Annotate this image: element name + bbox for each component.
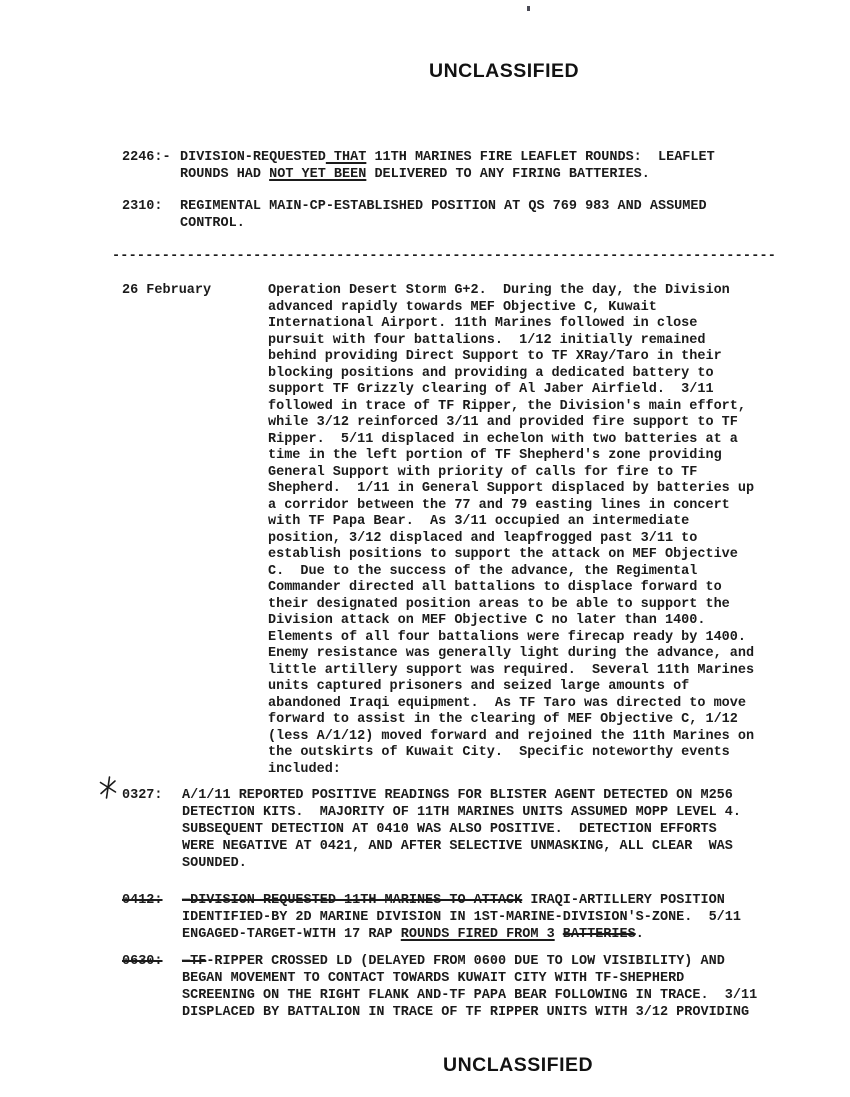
text-segment: SCREENING ON THE RIGHT FLANK AND-TF PAPA… — [182, 988, 757, 1003]
text-segment: DISPLACED BY BATTALION IN TRACE OF TF RI… — [182, 1005, 749, 1020]
classification-banner-bottom: UNCLASSIFIED — [443, 1054, 593, 1077]
text-line: blocking positions and providing a dedic… — [268, 366, 754, 383]
text-segment: CONTROL. — [180, 216, 245, 231]
text-line: CONTROL. — [180, 215, 707, 232]
log-entry: 2246:-DIVISION-REQUESTED THAT 11TH MARIN… — [122, 149, 715, 183]
text-segment: the outskirts of Kuwait City. Specific n… — [268, 745, 730, 760]
text-segment: with TF Papa Bear. As 3/11 occupied an i… — [268, 514, 689, 529]
text-segment: IDENTIFIED-BY 2D MARINE DIVISION IN 1ST-… — [182, 910, 741, 925]
text-segment: ENGAGED-TARGET-WITH 17 RAP — [182, 927, 401, 942]
text-line: followed in trace of TF Ripper, the Divi… — [268, 399, 754, 416]
text-line: time in the left portion of TF Shepherd'… — [268, 448, 754, 465]
text-segment: (less A/1/12) moved forward and rejoined… — [268, 729, 754, 744]
narrative-body: Operation Desert Storm G+2. During the d… — [268, 283, 754, 778]
text-segment: Enemy resistance was generally light dur… — [268, 646, 754, 661]
text-line: included: — [268, 762, 754, 779]
text-line: Division attack on MEF Objective C no la… — [268, 613, 754, 630]
text-segment: REGIMENTAL MAIN-CP-ESTABLISHED POSITION … — [180, 199, 707, 214]
text-line: the outskirts of Kuwait City. Specific n… — [268, 745, 754, 762]
text-line: ROUNDS HAD NOT YET BEEN DELIVERED TO ANY… — [180, 166, 715, 183]
text-segment: Division attack on MEF Objective C no la… — [268, 613, 705, 628]
text-line: a corridor between the 77 and 79 easting… — [268, 498, 754, 515]
text-segment: 11TH MARINES FIRE LEAFLET ROUNDS: LEAFLE… — [366, 150, 714, 165]
text-line: SOUNDED. — [182, 855, 741, 872]
text-line: SCREENING ON THE RIGHT FLANK AND-TF PAPA… — [182, 987, 757, 1004]
text-line: with TF Papa Bear. As 3/11 occupied an i… — [268, 514, 754, 531]
entry-body: REGIMENTAL MAIN-CP-ESTABLISHED POSITION … — [180, 198, 707, 232]
text-segment: blocking positions and providing a dedic… — [268, 366, 714, 381]
text-line: —TF-RIPPER CROSSED LD (DELAYED FROM 0600… — [182, 953, 757, 970]
text-segment: . — [636, 927, 644, 942]
text-line: DISPLACED BY BATTALION IN TRACE OF TF RI… — [182, 1004, 757, 1021]
text-line: Commander directed all battalions to dis… — [268, 580, 754, 597]
text-line: DETECTION KITS. MAJORITY OF 11TH MARINES… — [182, 804, 741, 821]
classification-banner-top: UNCLASSIFIED — [429, 60, 579, 83]
text-line: forward to assist in the clearing of MEF… — [268, 712, 754, 729]
text-segment: Elements of all four battalions were fir… — [268, 630, 746, 645]
entry-body: —DIVISION REQUESTED 11TH MARINES TO ATTA… — [182, 892, 741, 943]
text-segment: included: — [268, 762, 341, 777]
text-segment: while 3/12 reinforced 3/11 and provided … — [268, 415, 738, 430]
text-line: support TF Grizzly clearing of Al Jaber … — [268, 382, 754, 399]
text-line: WERE NEGATIVE AT 0421, AND AFTER SELECTI… — [182, 838, 741, 855]
scan-artifact-speck — [527, 6, 530, 11]
text-line: Ripper. 5/11 displaced in echelon with t… — [268, 432, 754, 449]
text-segment: time in the left portion of TF Shepherd'… — [268, 448, 722, 463]
text-line: position, 3/12 displaced and leapfrogged… — [268, 531, 754, 548]
text-line: abandoned Iraqi equipment. As TF Taro wa… — [268, 696, 754, 713]
text-segment: forward to assist in the clearing of MEF… — [268, 712, 738, 727]
struck-text: BATTERIES — [563, 927, 636, 942]
log-entry: 0327:A/1/11 REPORTED POSITIVE READINGS F… — [122, 787, 757, 872]
text-segment: abandoned Iraqi equipment. As TF Taro wa… — [268, 696, 746, 711]
text-line: pursuit with four battalions. 1/12 initi… — [268, 333, 754, 350]
entry-timestamp: 0327: — [122, 787, 182, 872]
text-line: DIVISION-REQUESTED THAT 11TH MARINES FIR… — [180, 149, 715, 166]
text-line: establish positions to support the attac… — [268, 547, 754, 564]
text-line: General Support with priority of calls f… — [268, 465, 754, 482]
text-line: behind providing Direct Support to TF XR… — [268, 349, 754, 366]
text-segment: position, 3/12 displaced and leapfrogged… — [268, 531, 697, 546]
text-segment: DELIVERED TO ANY FIRING BATTERIES. — [366, 167, 650, 182]
text-line: units captured prisoners and seized larg… — [268, 679, 754, 696]
text-line: Elements of all four battalions were fir… — [268, 630, 754, 647]
narrative-section: 26 February Operation Desert Storm G+2. … — [122, 283, 754, 778]
entry-body: A/1/11 REPORTED POSITIVE READINGS FOR BL… — [182, 787, 741, 872]
text-line: SUBSEQUENT DETECTION AT 0410 WAS ALSO PO… — [182, 821, 741, 838]
entry-timestamp: 0412: — [122, 892, 182, 943]
text-segment: Shepherd. 1/11 in General Support displa… — [268, 481, 754, 496]
underlined-text: THAT — [326, 150, 367, 165]
text-segment: a corridor between the 77 and 79 easting… — [268, 498, 730, 513]
text-line: their designated position areas to be ab… — [268, 597, 754, 614]
entry-timestamp: 2246:- — [122, 149, 180, 183]
text-line: International Airport. 11th Marines foll… — [268, 316, 754, 333]
text-segment: International Airport. 11th Marines foll… — [268, 316, 697, 331]
text-segment: advanced rapidly towards MEF Objective C… — [268, 300, 657, 315]
text-segment: ROUNDS HAD — [180, 167, 269, 182]
text-segment: their designated position areas to be ab… — [268, 597, 730, 612]
text-line: advanced rapidly towards MEF Objective C… — [268, 300, 754, 317]
text-line: (less A/1/12) moved forward and rejoined… — [268, 729, 754, 746]
struck-text: —TF — [182, 954, 206, 969]
text-segment: Ripper. 5/11 displaced in echelon with t… — [268, 432, 738, 447]
text-line: IDENTIFIED-BY 2D MARINE DIVISION IN 1ST-… — [182, 909, 741, 926]
text-segment: C. Due to the success of the advance, th… — [268, 564, 697, 579]
dashed-divider: ----------------------------------------… — [112, 249, 776, 264]
struck-text: —DIVISION REQUESTED 11TH MARINES TO ATTA… — [182, 893, 522, 908]
log-entries-top: 2246:-DIVISION-REQUESTED THAT 11TH MARIN… — [122, 149, 715, 247]
text-segment — [555, 927, 563, 942]
text-segment: behind providing Direct Support to TF XR… — [268, 349, 722, 364]
text-segment: General Support with priority of calls f… — [268, 465, 697, 480]
text-segment: support TF Grizzly clearing of Al Jaber … — [268, 382, 714, 397]
text-segment: SOUNDED. — [182, 856, 247, 871]
text-segment: IRAQI-ARTILLERY POSITION — [522, 893, 725, 908]
text-segment: SUBSEQUENT DETECTION AT 0410 WAS ALSO PO… — [182, 822, 717, 837]
entry-body: DIVISION-REQUESTED THAT 11TH MARINES FIR… — [180, 149, 715, 183]
text-segment: DIVISION-REQUESTED — [180, 150, 326, 165]
scanned-document-page: UNCLASSIFIED 2246:-DIVISION-REQUESTED TH… — [0, 0, 850, 1097]
text-line: ENGAGED-TARGET-WITH 17 RAP ROUNDS FIRED … — [182, 926, 741, 943]
underlined-text: ROUNDS FIRED FROM 3 — [401, 927, 555, 942]
handwritten-asterisk-icon — [98, 776, 118, 805]
text-line: REGIMENTAL MAIN-CP-ESTABLISHED POSITION … — [180, 198, 707, 215]
text-line: little artillery support was required. S… — [268, 663, 754, 680]
text-segment: -RIPPER CROSSED LD (DELAYED FROM 0600 DU… — [206, 954, 724, 969]
text-line: C. Due to the success of the advance, th… — [268, 564, 754, 581]
text-line: BEGAN MOVEMENT TO CONTACT TOWARDS KUWAIT… — [182, 970, 757, 987]
text-segment: units captured prisoners and seized larg… — [268, 679, 689, 694]
text-segment: followed in trace of TF Ripper, the Divi… — [268, 399, 746, 414]
text-line: while 3/12 reinforced 3/11 and provided … — [268, 415, 754, 432]
entry-timestamp: 0630: — [122, 953, 182, 1021]
narrative-date-label: 26 February — [122, 283, 268, 778]
underlined-text: NOT YET BEEN — [269, 167, 366, 182]
log-entry: 2310:REGIMENTAL MAIN-CP-ESTABLISHED POSI… — [122, 198, 715, 232]
log-entries-events: 0327:A/1/11 REPORTED POSITIVE READINGS F… — [122, 787, 757, 1021]
text-line: Enemy resistance was generally light dur… — [268, 646, 754, 663]
text-line: A/1/11 REPORTED POSITIVE READINGS FOR BL… — [182, 787, 741, 804]
entry-body: —TF-RIPPER CROSSED LD (DELAYED FROM 0600… — [182, 953, 757, 1021]
text-segment: DETECTION KITS. MAJORITY OF 11TH MARINES… — [182, 805, 741, 820]
text-line: Shepherd. 1/11 in General Support displa… — [268, 481, 754, 498]
text-segment: A/1/11 REPORTED POSITIVE READINGS FOR BL… — [182, 788, 733, 803]
log-entry: 0412:—DIVISION REQUESTED 11TH MARINES TO… — [122, 892, 757, 943]
text-segment: WERE NEGATIVE AT 0421, AND AFTER SELECTI… — [182, 839, 733, 854]
text-segment: Operation Desert Storm G+2. During the d… — [268, 283, 730, 298]
text-segment: BEGAN MOVEMENT TO CONTACT TOWARDS KUWAIT… — [182, 971, 684, 986]
log-entry: 0630:—TF-RIPPER CROSSED LD (DELAYED FROM… — [122, 953, 757, 1021]
text-line: —DIVISION REQUESTED 11TH MARINES TO ATTA… — [182, 892, 741, 909]
text-line: Operation Desert Storm G+2. During the d… — [268, 283, 754, 300]
text-segment: establish positions to support the attac… — [268, 547, 738, 562]
text-segment: little artillery support was required. S… — [268, 663, 754, 678]
text-segment: pursuit with four battalions. 1/12 initi… — [268, 333, 705, 348]
entry-timestamp: 2310: — [122, 198, 180, 232]
text-segment: Commander directed all battalions to dis… — [268, 580, 722, 595]
